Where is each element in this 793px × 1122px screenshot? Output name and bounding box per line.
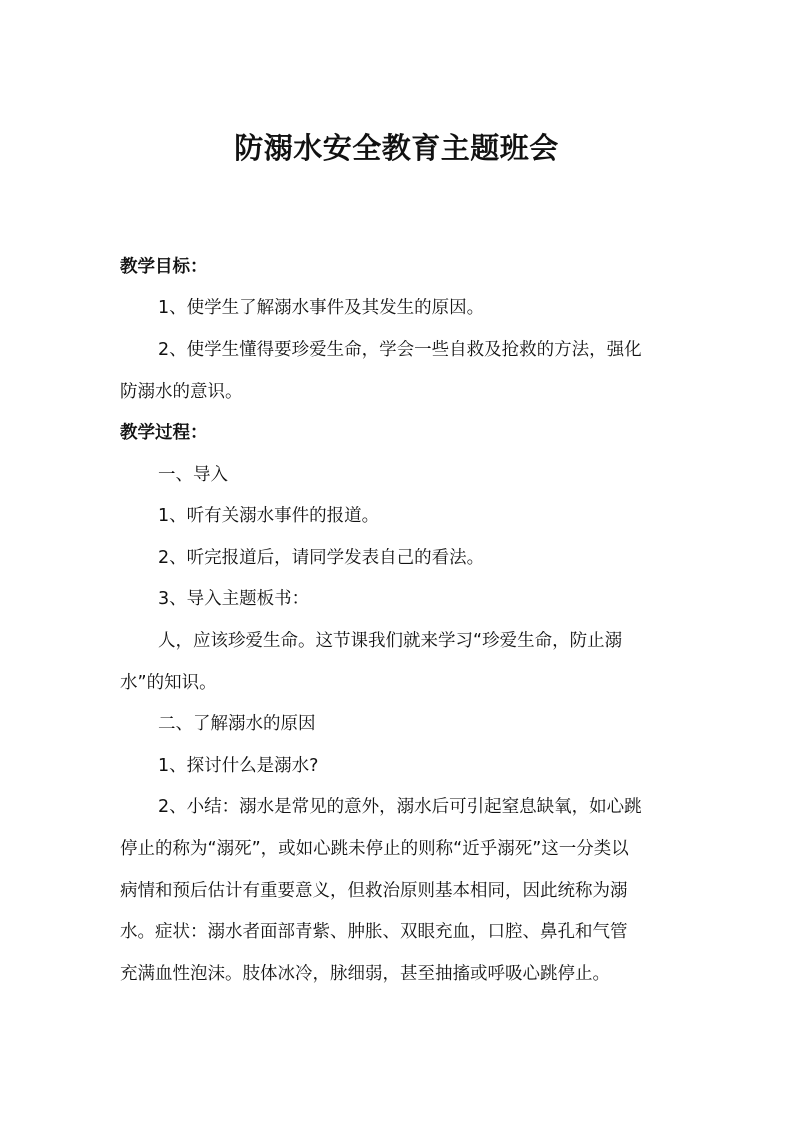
document-title: 防溺水安全教育主题班会	[0, 128, 793, 168]
paragraph-line: 充满血性泡沫。肢体冰冷，脉细弱，甚至抽搐或呼吸心跳停止。	[120, 962, 610, 986]
paragraph-line: 一、导入	[158, 463, 228, 487]
paragraph-line: 1、探讨什么是溺水?	[158, 754, 318, 778]
paragraph-line: 2、小结：溺水是常见的意外，溺水后可引起窒息缺氧，如心跳	[158, 795, 642, 819]
paragraph-line: 病情和预后估计有重要意义，但救治原则基本相同，因此统称为溺	[120, 879, 628, 903]
paragraph-line: 1、听有关溺水事件的报道。	[158, 504, 379, 528]
paragraph-line: 防溺水的意识。	[120, 380, 243, 404]
section-heading: 教学目标：	[120, 255, 208, 279]
paragraph-line: 水”的知识。	[120, 671, 217, 695]
paragraph-line: 人，应该珍爱生命。这节课我们就来学习“珍爱生命，防止溺	[158, 629, 622, 653]
paragraph-line: 2、使学生懂得要珍爱生命，学会一些自救及抢救的方法，强化	[158, 338, 642, 362]
paragraph-line: 二、了解溺水的原因	[158, 712, 316, 736]
section-heading: 教学过程：	[120, 421, 208, 445]
paragraph-line: 1、使学生了解溺水事件及其发生的原因。	[158, 296, 484, 320]
paragraph-line: 3、导入主题板书：	[158, 587, 309, 611]
paragraph-line: 停止的称为“溺死”，或如心跳未停止的则称“近乎溺死”这一分类以	[120, 837, 629, 861]
paragraph-line: 水。症状：溺水者面部青紫、肿胀、双眼充血，口腔、鼻孔和气管	[120, 920, 628, 944]
paragraph-line: 2、听完报道后，请同学发表自己的看法。	[158, 546, 484, 570]
